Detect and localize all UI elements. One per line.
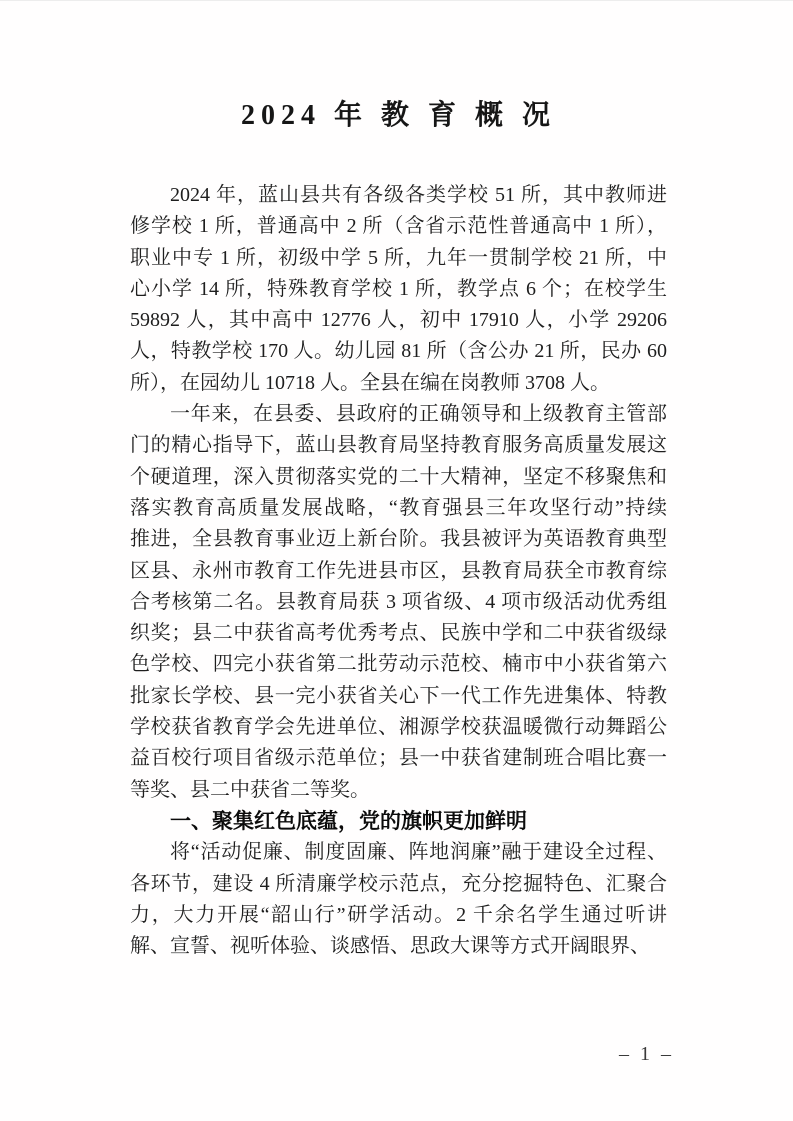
text-line: 学校获省教育学会先进单位、湘源学校获温暖微行动舞蹈公	[130, 712, 667, 743]
text-line: 批家长学校、县一完小获省关心下一代工作先进集体、特教	[130, 681, 667, 712]
text-line: 门的精心指导下，蓝山县教育局坚持教育服务高质量发展这	[130, 430, 667, 461]
text-line: 2024 年，蓝山县共有各级各类学校 51 所，其中教师进	[130, 180, 667, 211]
page-title: 2024 年 教 育 概 况	[130, 93, 667, 133]
text-line: 将“活动促廉、制度固廉、阵地润廉”融于建设全过程、	[130, 837, 667, 868]
text-line: 所），在园幼儿 10718 人。全县在编在岗教师 3708 人。	[130, 368, 667, 399]
text-line: 推进，全县教育事业迈上新台阶。我县被评为英语教育典型	[130, 524, 667, 555]
text-line: 益百校行项目省级示范单位；县一中获省建制班合唱比赛一	[130, 743, 667, 774]
section-heading-1: 一、聚集红色底蕴，党的旗帜更加鲜明	[130, 806, 667, 837]
document-page: 2024 年 教 育 概 况 2024 年，蓝山县共有各级各类学校 51 所，其…	[0, 0, 793, 1121]
document-body: 2024 年，蓝山县共有各级各类学校 51 所，其中教师进修学校 1 所，普通高…	[130, 180, 667, 962]
page-number: – 1 –	[619, 1043, 674, 1066]
text-line: 合考核第二名。县教育局获 3 项省级、4 项市级活动优秀组	[130, 587, 667, 618]
text-line: 59892 人，其中高中 12776 人，初中 17910 人，小学 29206	[130, 305, 667, 336]
text-line: 个硬道理，深入贯彻落实党的二十大精神，坚定不移聚焦和	[130, 462, 667, 493]
text-line: 职业中专 1 所，初级中学 5 所，九年一贯制学校 21 所，中	[130, 243, 667, 274]
text-line: 一年来，在县委、县政府的正确领导和上级教育主管部	[130, 399, 667, 430]
achievements-paragraph: 一年来，在县委、县政府的正确领导和上级教育主管部门的精心指导下，蓝山县教育局坚持…	[130, 399, 667, 806]
text-line: 修学校 1 所，普通高中 2 所（含省示范性普通高中 1 所），	[130, 211, 667, 242]
text-line: 各环节，建设 4 所清廉学校示范点，充分挖掘特色、汇聚合	[130, 869, 667, 900]
text-line: 解、宣誓、视听体验、谈感悟、思政大课等方式开阔眼界、	[130, 931, 667, 962]
section-1-paragraph: 将“活动促廉、制度固廉、阵地润廉”融于建设全过程、各环节，建设 4 所清廉学校示…	[130, 837, 667, 962]
text-line: 力，大力开展“韶山行”研学活动。2 千余名学生通过听讲	[130, 900, 667, 931]
text-line: 人，特教学校 170 人。幼儿园 81 所（含公办 21 所，民办 60	[130, 336, 667, 367]
text-line: 织奖；县二中获省高考优秀考点、民族中学和二中获省级绿	[130, 618, 667, 649]
text-line: 区县、永州市教育工作先进县市区，县教育局获全市教育综	[130, 556, 667, 587]
text-line: 色学校、四完小获省第二批劳动示范校、楠市中小获省第六	[130, 649, 667, 680]
text-line: 落实教育高质量发展战略，“教育强县三年攻坚行动”持续	[130, 493, 667, 524]
text-line: 等奖、县二中获省二等奖。	[130, 775, 667, 806]
heading-line: 一、聚集红色底蕴，党的旗帜更加鲜明	[130, 806, 667, 837]
overview-paragraph: 2024 年，蓝山县共有各级各类学校 51 所，其中教师进修学校 1 所，普通高…	[130, 180, 667, 399]
text-line: 心小学 14 所，特殊教育学校 1 所，教学点 6 个；在校学生	[130, 274, 667, 305]
